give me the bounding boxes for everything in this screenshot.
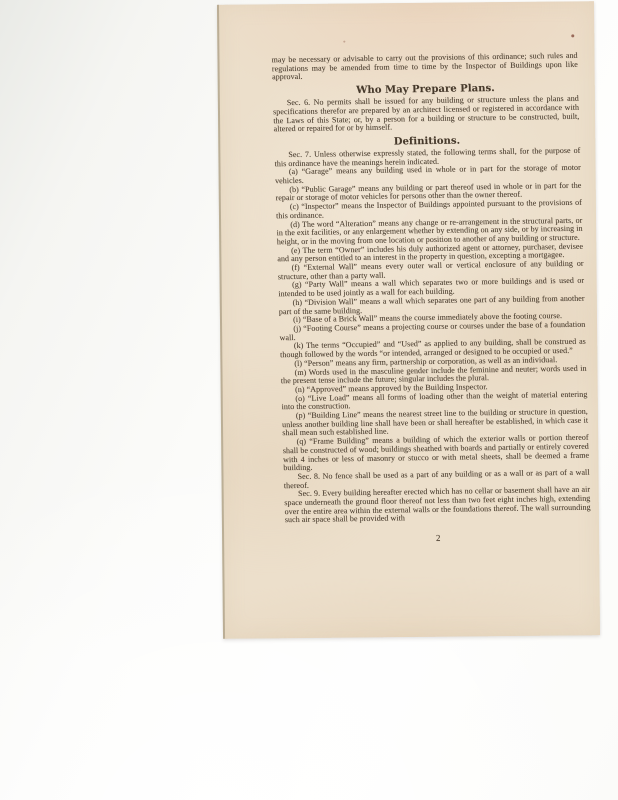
paper-speck <box>343 41 345 43</box>
paper-speck <box>571 34 574 37</box>
paragraph-sec-6: Sec. 6. No permits shall be issued for a… <box>273 95 580 134</box>
paragraph-continuation: may be necessary or advisable to carry o… <box>271 52 578 83</box>
page-text: may be necessary or advisable to carry o… <box>271 52 591 545</box>
paragraph-sec-9: Sec. 9. Every building hereafter erected… <box>284 486 591 525</box>
scan-background: { "colors": { "paper": "#ecdfcb", "backg… <box>0 0 618 800</box>
paragraph-def-q: (q) “Frame Building” means a building of… <box>282 434 589 473</box>
scanned-page: may be necessary or advisable to carry o… <box>217 1 600 639</box>
page-number: 2 <box>285 532 591 545</box>
